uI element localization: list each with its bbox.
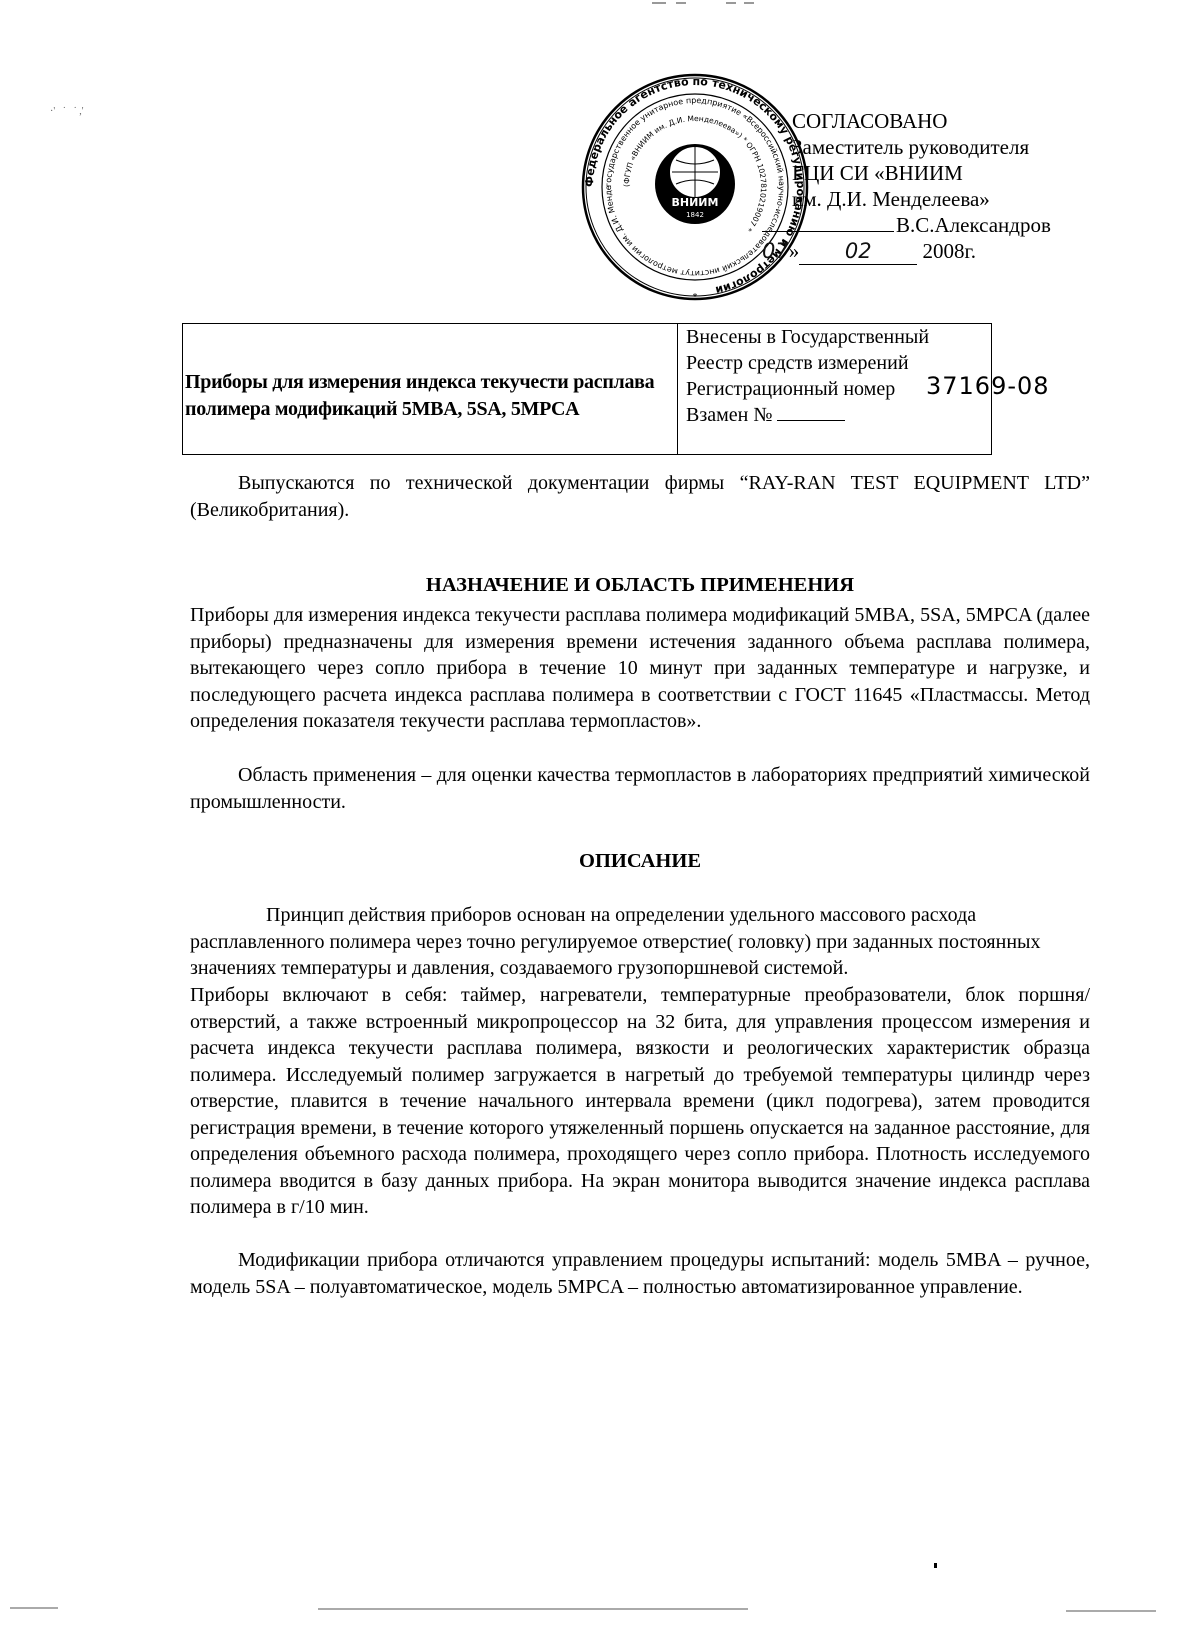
- registry-table: Приборы для измерения индекса текучести …: [182, 323, 992, 455]
- scan-artifact: [726, 2, 736, 4]
- product-title: Приборы для измерения индекса текучести …: [185, 369, 677, 423]
- scan-artifact: [744, 2, 754, 4]
- registry-line-4: Взамен №: [686, 402, 991, 428]
- date-month: 02: [799, 238, 917, 265]
- scan-artifact: [1066, 1610, 1156, 1612]
- section-purpose-paragraph-1: Приборы для измерения индекса текучести …: [190, 602, 1090, 735]
- replaces-label: Взамен №: [686, 404, 772, 426]
- scan-artifact: [318, 1608, 748, 1610]
- date-year: 2008: [922, 239, 964, 263]
- date-suffix: г.: [964, 239, 976, 263]
- intro-paragraph: Выпускаются по технической документации …: [190, 470, 1090, 523]
- approval-heading: СОГЛАСОВАНО: [792, 108, 1092, 134]
- scan-artifact: [10, 1607, 58, 1609]
- section-description-paragraph-2: Приборы включают в себя: таймер, нагрева…: [190, 982, 1090, 1221]
- approval-signer: В.С.Александров: [896, 213, 1051, 237]
- svg-text:1842: 1842: [686, 211, 704, 219]
- registration-number: 37169-08: [926, 372, 1050, 400]
- svg-text:*: *: [693, 292, 698, 302]
- approval-date: 07»02 2008г.: [762, 238, 1092, 265]
- approval-org: ГЦИ СИ «ВНИИМ: [792, 160, 1092, 186]
- replaces-blank: [777, 420, 845, 421]
- intro-text: Выпускаются по технической документации …: [190, 472, 1090, 521]
- approval-signature-line: В.С.Александров: [762, 212, 1092, 238]
- scan-artifact: ·' ˙ ˙ ,': [50, 106, 84, 117]
- stamp-center-label: ВНИИМ: [672, 196, 719, 209]
- scan-artifact: [676, 2, 686, 4]
- date-day: 07: [762, 239, 789, 263]
- signature: [762, 231, 894, 232]
- scan-artifact: [652, 2, 666, 4]
- product-cell: Приборы для измерения индекса текучести …: [183, 324, 678, 454]
- section-heading-description: ОПИСАНИЕ: [190, 850, 1090, 873]
- approval-org-name: им. Д.И. Менделеева»: [792, 186, 1092, 212]
- section-description-paragraph-3: Модификации прибора отличаются управлени…: [190, 1247, 1090, 1300]
- registry-line-1: Внесены в Государственный: [686, 324, 991, 350]
- scan-artifact: [934, 1563, 937, 1568]
- section-purpose-paragraph-2: Область применения – для оценки качества…: [190, 762, 1090, 815]
- purpose-scope-text: Область применения – для оценки качества…: [190, 764, 1090, 813]
- section-description-paragraph-1: Принцип действия приборов основан на опр…: [190, 902, 1090, 982]
- registration-label: Регистрационный номер: [686, 378, 895, 400]
- official-seal-stamp: Федеральное агентство по техническому ре…: [580, 72, 810, 302]
- modifications-text: Модификации прибора отличаются управлени…: [190, 1249, 1090, 1298]
- approval-block: СОГЛАСОВАНО Заместитель руководителя ГЦИ…: [792, 108, 1092, 265]
- approval-position: Заместитель руководителя: [792, 134, 1092, 160]
- section-heading-purpose: НАЗНАЧЕНИЕ И ОБЛАСТЬ ПРИМЕНЕНИЯ: [190, 574, 1090, 597]
- principle-text: Принцип действия приборов основан на опр…: [190, 904, 1040, 979]
